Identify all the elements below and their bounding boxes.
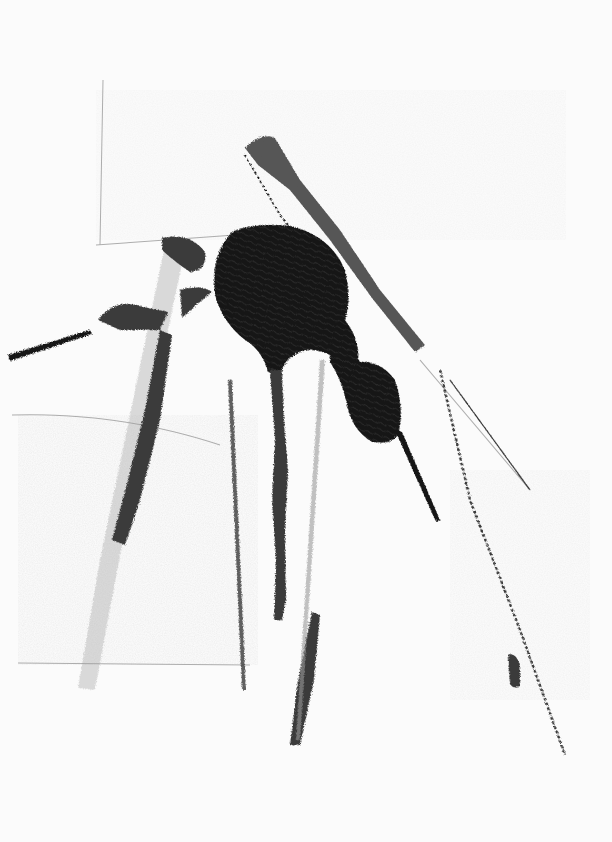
ink-artwork-canvas (0, 0, 612, 842)
ink-artwork (0, 0, 612, 842)
